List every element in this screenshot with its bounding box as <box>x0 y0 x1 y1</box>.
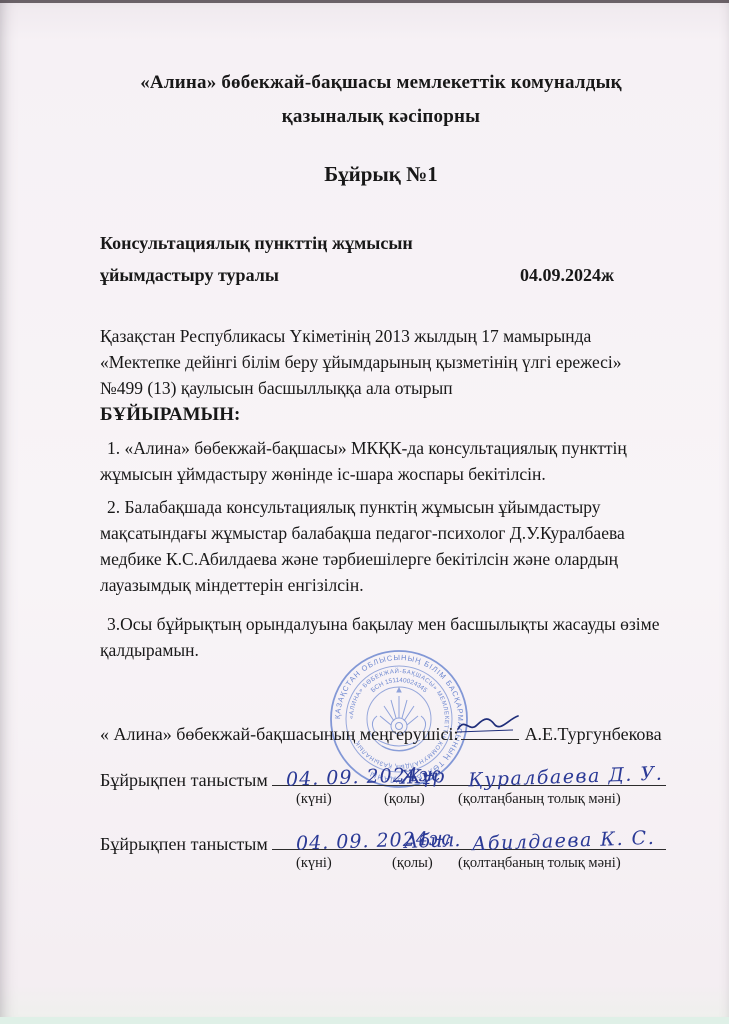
handwritten-name-2: Абилдаева К. С. <box>471 827 655 855</box>
resolve-word: БҰЙЫРАМЫН: <box>100 401 662 428</box>
acknowledgement-label-2: Бұйрықпен таныстым <box>100 834 268 855</box>
stamp-bin-text: БСН 151140024345 <box>370 677 429 694</box>
subject-row: ұйымдастыру туралы 04.09.2024ж <box>100 259 662 291</box>
order-date: 04.09.2024ж <box>520 259 614 291</box>
subject-line1: Консультациялық пункттің жұмысын <box>100 227 662 259</box>
order-item-3: 3.Осы бұйрықтың орындалуына бақылау мен … <box>100 611 662 663</box>
manager-name: А.Е.Тургунбекова <box>525 724 662 745</box>
handwritten-name-1: Қуралбаева Д. У. <box>467 763 663 792</box>
handwritten-signature-1: Жұр <box>399 765 444 789</box>
manager-label: « Алина» бөбекжай-бақшасының меңгерушісі… <box>100 724 459 745</box>
handwritten-signature-2: Абил. <box>403 829 460 853</box>
acknowledgement-label: Бұйрықпен таныстым <box>100 770 268 791</box>
manager-signature-line <box>461 725 519 740</box>
manager-signature-row: « Алина» бөбекжай-бақшасының меңгерушісі… <box>100 724 666 745</box>
organization-title-line1: «Алина» бөбекжай-бақшасы мемлекеттік ком… <box>100 66 662 100</box>
acknowledgement-row-1: Бұйрықпен таныстым 04. 09. 2024ж Жұр Қур… <box>100 761 666 791</box>
preamble-paragraph: Қазақстан Республикасы Үкіметінің 2013 ж… <box>100 323 662 428</box>
fullname-column-label-2: (қолтаңбаның толық мәні) <box>458 855 621 872</box>
order-number-title: Бұйрық №1 <box>100 162 662 187</box>
organization-title-line2: қазыналық кәсіпорны <box>100 100 662 134</box>
organization-title: «Алина» бөбекжай-бақшасы мемлекеттік ком… <box>100 66 662 134</box>
date-column-label: (күні) <box>296 791 332 808</box>
acknowledgement-line-1: 04. 09. 2024ж Жұр Қуралбаева Д. У. <box>272 761 666 786</box>
signature-section: « Алина» бөбекжай-бақшасының меңгерушісі… <box>100 724 666 875</box>
manager-signature-scribble-icon <box>455 711 521 737</box>
subject-line2: ұйымдастыру туралы <box>100 259 279 291</box>
signature-column-label: (қолы) <box>384 791 425 808</box>
order-item-1: 1. «Алина» бөбекжай-бақшасы» МКҚК-да кон… <box>100 435 662 487</box>
order-subject: Консультациялық пункттің жұмысын ұйымдас… <box>100 227 662 291</box>
fullname-column-label: (қолтаңбаның толық мәні) <box>458 791 621 808</box>
document-body: «Алина» бөбекжай-бақшасы мемлекеттік ком… <box>100 66 662 663</box>
scanned-order-document: «Алина» бөбекжай-бақшасы мемлекеттік ком… <box>0 0 729 1024</box>
signature-column-labels-1: (күні) (қолы) (қолтаңбаның толық мәні) <box>100 791 666 811</box>
signature-column-labels-2: (күні) (қолы) (қолтаңбаның толық мәні) <box>100 855 666 875</box>
acknowledgement-row-2: Бұйрықпен таныстым 04. 09. 2024ж Абил. А… <box>100 825 666 855</box>
signature-column-label-2: (қолы) <box>392 855 433 872</box>
preamble-text: Қазақстан Республикасы Үкіметінің 2013 ж… <box>100 326 622 398</box>
acknowledgement-line-2: 04. 09. 2024ж Абил. Абилдаева К. С. <box>272 825 666 850</box>
date-column-label-2: (күні) <box>296 855 332 872</box>
order-item-2: 2. Балабақшада консультациялық пунктің ж… <box>100 494 662 598</box>
svg-text:БСН 151140024345: БСН 151140024345 <box>370 677 429 694</box>
